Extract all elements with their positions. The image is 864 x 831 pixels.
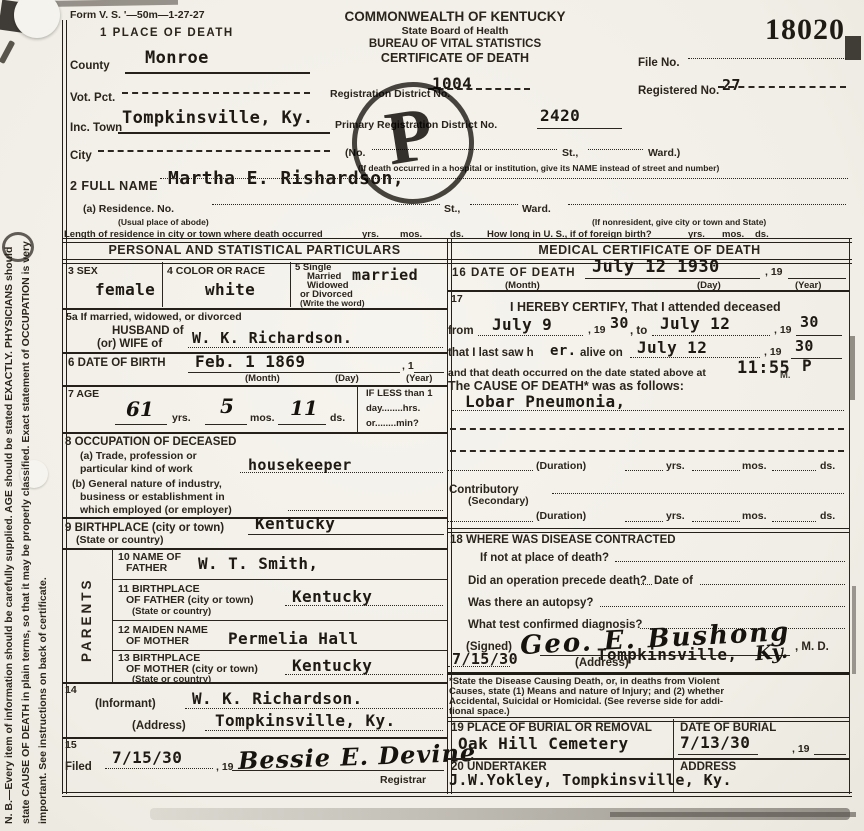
bottom-smudge	[610, 812, 856, 817]
filed-line	[105, 768, 213, 769]
row-rule	[112, 650, 447, 651]
duration2-line	[772, 521, 816, 522]
if-less-label-2: day........hrs.	[366, 404, 420, 414]
section-rule	[447, 528, 849, 533]
occupation-a1: (a) Trade, profession or	[80, 451, 197, 462]
signed-date-line	[448, 666, 510, 667]
duration-mos: mos.	[742, 461, 767, 472]
duration-line	[692, 470, 740, 471]
cause-line	[452, 410, 844, 411]
city-st-label: St.,	[562, 148, 578, 159]
where-contracted-label: 18 WHERE WAS DISEASE CONTRACTED	[450, 534, 676, 546]
father-bp-line	[285, 605, 443, 606]
to-label: , to	[630, 325, 647, 337]
mother-bp-line	[285, 674, 443, 675]
birthplace-label: 9 BIRTHPLACE (city or town)	[65, 522, 224, 534]
cell-divider	[673, 719, 674, 758]
to-line	[652, 335, 770, 336]
duration2-ds: ds.	[820, 511, 835, 522]
age-line	[205, 404, 247, 425]
occupation-b-line	[288, 510, 443, 511]
father-bp-value: Kentucky	[292, 589, 372, 606]
row-rule	[62, 432, 447, 434]
dob-line	[188, 352, 400, 373]
occupation-b1: (b) General nature of industry,	[72, 479, 222, 490]
city-ward-label: Ward.)	[648, 148, 680, 159]
inc-town-line	[118, 112, 330, 134]
inc-town-label: Inc. Town	[70, 122, 122, 134]
race-value: white	[205, 282, 255, 299]
date-of-label: Date of	[654, 575, 693, 587]
p-stamp-letter: P	[380, 90, 439, 183]
state-country-caption: (State or country)	[132, 607, 211, 617]
from-label: from	[448, 325, 474, 337]
medical-title: MEDICAL CERTIFICATE OF DEATH	[450, 244, 849, 257]
filed-number: 15	[65, 740, 77, 751]
not-at-place-label: If not at place of death?	[480, 552, 609, 564]
certify-number: 17	[451, 294, 463, 305]
row-rule	[447, 290, 849, 292]
age-ds-caption: ds.	[330, 413, 345, 424]
duration2-line	[625, 521, 663, 522]
residence-ward-line	[568, 204, 846, 205]
duration-lead-line	[448, 470, 533, 471]
spouse-value: W. K. Richardson.	[192, 331, 352, 347]
registrar-line	[232, 750, 444, 771]
informant-address-line	[205, 730, 443, 731]
to-19: , 19	[774, 325, 792, 336]
commonwealth-title: COMMONWEALTH OF KENTUCKY	[310, 10, 600, 24]
age-line	[115, 404, 167, 425]
certify-text: I HEREBY CERTIFY, That I attended deceas…	[510, 301, 781, 314]
to-year-line	[796, 315, 842, 336]
residence-st-label: St.,	[444, 204, 460, 215]
mother-name-label-2: OF MOTHER	[126, 636, 189, 647]
death-p-value: P	[802, 358, 812, 375]
margin-note-line3: important. See instructions on back of c…	[38, 577, 49, 824]
dod-19: , 19	[765, 267, 783, 278]
residence-ward-label: Ward.	[522, 204, 551, 215]
from-value: July 9	[492, 317, 552, 334]
registrar-caption: Registrar	[380, 775, 426, 786]
marital-label-5: (Write the word)	[300, 299, 365, 308]
dob-label: 6 DATE OF BIRTH	[68, 357, 166, 369]
md-caption: , M. D.	[795, 641, 829, 653]
edge-mark	[852, 586, 856, 674]
death-m-caption: M.	[780, 371, 791, 381]
right-border	[849, 238, 850, 794]
lastsaw-value: July 12	[637, 340, 707, 357]
dod-year-line	[788, 258, 846, 279]
filed-19: , 19	[216, 762, 234, 773]
nonresident-note: (If nonresident, give city or town and S…	[592, 218, 766, 227]
row-rule	[112, 620, 447, 621]
wife-of-label: (or) WIFE of	[97, 338, 162, 350]
burial-place-value: Oak Hill Cemetery	[458, 736, 629, 753]
duration2-mos: mos.	[742, 511, 767, 522]
duration-line	[772, 470, 816, 471]
from-19: , 19	[588, 325, 606, 336]
primary-district-line	[537, 108, 622, 129]
residence-label: (a) Residence. No.	[83, 204, 174, 215]
occupation-label: 8 OCCUPATION OF DECEASED	[65, 436, 236, 448]
undertaker-value: J.W.Yokley, Tompkinsville, Ky.	[449, 773, 732, 789]
occupation-b3: which employed (or employer)	[80, 505, 232, 516]
row-rule	[447, 758, 849, 760]
parents-divider	[112, 548, 113, 682]
duration-ds: ds.	[820, 461, 835, 472]
age-label: 7 AGE	[68, 389, 99, 400]
age-mos-caption: mos.	[250, 413, 275, 424]
operation-line	[638, 584, 652, 585]
footnote-line-4: tional space.)	[449, 707, 510, 717]
dod-label: 16 DATE OF DEATH	[452, 267, 576, 279]
section-rule	[447, 672, 849, 675]
lastsaw-year-line	[791, 338, 842, 359]
father-bp-label-2: OF FATHER (city or town)	[126, 595, 254, 606]
not-at-place-line	[615, 561, 845, 562]
vot-pct-label: Vot. Pct.	[70, 92, 115, 104]
row-rule	[62, 737, 447, 739]
race-label: 4 COLOR OR RACE	[167, 266, 265, 277]
certificate-serial: 18020	[765, 14, 845, 46]
birthplace-line	[248, 514, 444, 535]
form-number: Form V. S. '—50m—1-27-27	[70, 10, 205, 21]
occupation-a2: particular kind of work	[80, 464, 193, 475]
left-border	[62, 20, 67, 794]
state-country-caption: (State or country)	[76, 535, 164, 546]
informant-number: 14	[65, 685, 77, 696]
sex-value: female	[95, 282, 155, 299]
vot-pct-line	[122, 92, 310, 94]
husband-of-label: HUSBAND of	[112, 325, 184, 337]
duration2-line	[692, 521, 740, 522]
dob-year-line	[414, 352, 444, 373]
lastsaw-19: , 19	[764, 347, 782, 358]
burial-date-line	[678, 734, 758, 755]
punch-hole	[14, 0, 60, 38]
pen-mark	[0, 40, 15, 64]
cause-value: Lobar Pneumonia,	[465, 394, 626, 411]
father-name-label-2: FATHER	[126, 563, 167, 574]
duration2-lead-line	[448, 521, 533, 522]
dod-line	[585, 258, 760, 279]
age-line	[278, 404, 326, 425]
informant-address-label: (Address)	[132, 720, 186, 732]
signed-ky-value: Ky.	[754, 641, 788, 665]
cause-blank-line	[450, 450, 844, 452]
from-line	[478, 335, 583, 336]
cell-divider	[357, 385, 358, 432]
edge-mark	[850, 336, 855, 400]
dob-month-caption: (Month)	[245, 374, 280, 384]
dob-year-caption: (Year)	[406, 374, 432, 384]
informant-label: (Informant)	[95, 698, 156, 710]
registered-no-label: Registered No.	[638, 85, 719, 97]
county-line	[125, 52, 310, 74]
residence-st-line	[470, 204, 518, 205]
duration-line	[625, 470, 663, 471]
cell-divider	[162, 262, 163, 307]
lastsaw-er: er.	[550, 344, 577, 359]
signed-city-value: Tompkinsville,	[597, 647, 737, 664]
row-rule	[62, 682, 447, 684]
personal-title: PERSONAL AND STATISTICAL PARTICULARS	[62, 244, 447, 257]
alive-label: alive on	[580, 347, 623, 359]
row-rule	[62, 308, 447, 310]
bureau-title: BUREAU OF VITAL STATISTICS	[310, 38, 600, 50]
city-line	[98, 150, 330, 152]
secondary-caption: (Secondary)	[468, 496, 529, 507]
death-time-label: and that death occurred on the date stat…	[448, 368, 706, 379]
father-name-value: W. T. Smith,	[198, 556, 318, 573]
if-less-label-3: or........min?	[366, 419, 419, 429]
city-label: City	[70, 150, 92, 162]
to-value: July 12	[660, 316, 730, 333]
mother-name-value: Permelia Hall	[228, 631, 358, 648]
mother-bp-value: Kentucky	[292, 658, 372, 675]
dob-year-prefix: , 1	[402, 361, 414, 372]
filed-label: Filed	[65, 761, 92, 773]
dob-day-caption: (Day)	[335, 374, 359, 384]
row-rule	[62, 548, 447, 550]
full-name-line	[160, 178, 848, 179]
informant-address-value: Tompkinsville, Ky.	[215, 713, 396, 730]
lastsaw-label: that I last saw h	[448, 347, 534, 359]
margin-note-line2: state CAUSE OF DEATH in plain terms, so …	[21, 241, 32, 824]
duration-yrs: yrs.	[666, 461, 685, 472]
from-year-value: 30	[610, 316, 629, 332]
row-rule	[112, 579, 447, 580]
place-of-death-heading: 1 PLACE OF DEATH	[100, 27, 234, 39]
parents-label: PARENTS	[80, 577, 94, 662]
county-label: County	[70, 60, 110, 72]
city-st-line	[588, 149, 643, 150]
registered-no-line	[718, 86, 846, 88]
age-yrs-caption: yrs.	[172, 413, 191, 424]
contributory-line	[552, 493, 844, 494]
autopsy-line	[600, 606, 845, 607]
spouse-line	[188, 347, 443, 348]
file-no-line	[688, 58, 846, 59]
duration2-yrs: yrs.	[666, 511, 685, 522]
certificate-title: CERTIFICATE OF DEATH	[310, 52, 600, 65]
edge-mark	[845, 36, 861, 60]
cause-blank-line	[450, 428, 844, 430]
married-widowed-label: 5a If married, widowed, or divorced	[66, 312, 242, 323]
margin-note-line1: N. B.—Every item of information should b…	[4, 247, 15, 824]
file-no-label: File No.	[638, 57, 680, 69]
bottom-border	[62, 792, 852, 797]
board-title: State Board of Health	[310, 26, 600, 37]
cell-divider	[290, 262, 291, 307]
if-less-label-1: IF LESS than 1	[366, 389, 433, 399]
autopsy-label: Was there an autopsy?	[468, 597, 593, 609]
burial-19: , 19	[792, 744, 810, 755]
informant-line	[185, 708, 443, 709]
duration-caption: (Duration)	[536, 461, 586, 472]
row-rule	[62, 385, 447, 387]
death-certificate-scan: N. B.—Every item of information should b…	[0, 0, 864, 831]
burial-label: 19 PLACE OF BURIAL OR REMOVAL	[451, 722, 652, 734]
informant-value: W. K. Richardson.	[192, 691, 363, 708]
residence-line	[212, 204, 440, 205]
full-name-label: 2 FULL NAME	[70, 180, 158, 193]
filed-date-value: 7/15/30	[112, 750, 182, 767]
occupation-line	[240, 472, 443, 473]
occupation-b2: business or establishment in	[80, 492, 225, 503]
duration2-caption: (Duration)	[536, 511, 586, 522]
sex-label: 3 SEX	[68, 266, 98, 277]
abode-note: (Usual place of abode)	[118, 218, 209, 227]
burial-19-line	[814, 734, 846, 755]
marital-value: married	[352, 268, 418, 284]
date-of-line	[700, 584, 845, 585]
operation-label: Did an operation precede death?	[468, 575, 647, 587]
